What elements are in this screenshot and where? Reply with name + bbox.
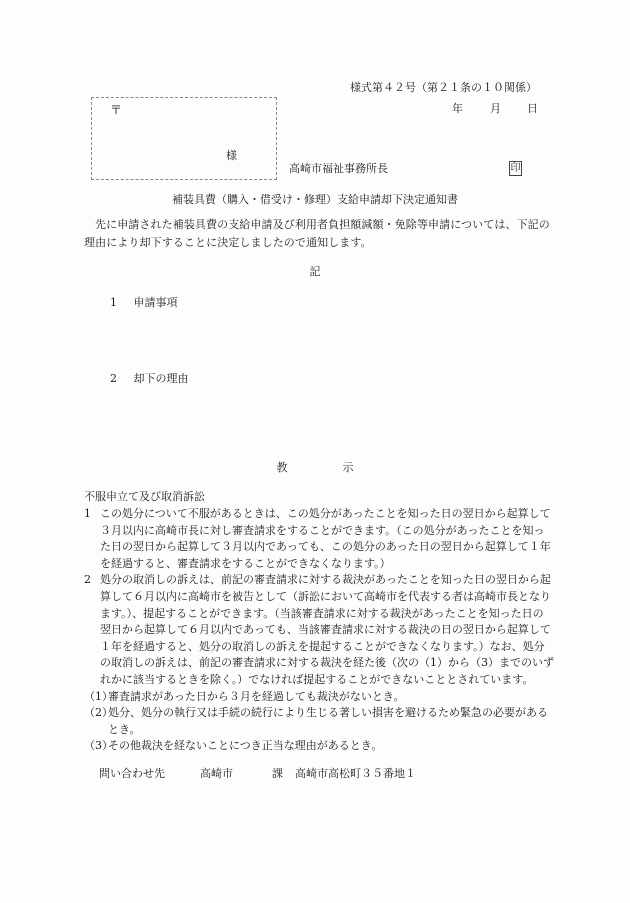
date-month-label: 月	[490, 103, 501, 114]
kyoji-part2: 示	[343, 461, 354, 474]
sub-entry-number: （2）	[84, 705, 113, 722]
contact-address: 高崎市高松町３５番地１	[295, 768, 416, 779]
sub-entry-number: （3）	[84, 738, 113, 755]
item-label: 却下の理由	[134, 372, 189, 385]
item-application: 1 申請事項	[110, 297, 178, 308]
appeal-entry: 2 処分の取消しの訴えは、前記の審査請求に対する裁決があったことを知った日の翌日…	[84, 572, 554, 688]
entry-number: 2	[84, 572, 91, 589]
postal-mark: 〒	[110, 104, 122, 116]
sub-entry-text: 審査請求があった日から３月を経過しても裁決がないとき。	[108, 690, 404, 703]
entry-text: この処分について不服があるときは、この処分があったことを知った日の翌日から起算し…	[100, 507, 551, 570]
appeal-heading: 不服申立て及び取消訴訟	[84, 491, 205, 502]
item-rejection-reason: 2 却下の理由	[110, 373, 189, 384]
sub-entry-text: 処分、処分の執行又は手続の続行により生じる著しい損害を避けるため緊急の必要がある…	[108, 706, 548, 736]
kyoji-part1: 教	[277, 461, 288, 474]
entry-text: 処分の取消しの訴えは、前記の審査請求に対する裁決があったことを知った日の翌日から…	[100, 573, 554, 686]
contact-city: 高崎市	[200, 768, 233, 779]
document-title: 補装具費（購入・借受け・修理）支給申請却下決定通知書	[0, 194, 630, 205]
item-label: 申請事項	[134, 296, 178, 309]
form-number: 様式第４２号（第２１条の１０関係）	[350, 82, 537, 93]
ki-heading: 記	[0, 266, 630, 277]
date-year-label: 年	[452, 103, 463, 114]
contact-section: 課	[272, 768, 283, 779]
appeal-sub-entry: （2） 処分、処分の執行又は手続の続行により生じる著しい損害を避けるため緊急の必…	[84, 705, 554, 738]
seal-stamp-box: 印	[509, 161, 522, 176]
date-day-label: 日	[527, 103, 538, 114]
appeal-entry: 1 この処分について不服があるときは、この処分があったことを知った日の翌日から起…	[84, 506, 554, 572]
sub-entry-number: （1）	[84, 689, 113, 706]
entry-number: 1	[84, 506, 91, 523]
sender-name: 高崎市福祉事務所長	[289, 163, 388, 174]
item-number: 2	[110, 373, 130, 384]
appeal-sub-entry: （1） 審査請求があった日から３月を経過しても裁決がないとき。	[84, 689, 554, 706]
sub-entry-text: その他裁決を経ないことにつき正当な理由があるとき。	[108, 739, 382, 752]
contact-label: 問い合わせ先	[99, 768, 165, 779]
kyoji-heading: 教示	[0, 462, 630, 473]
recipient-honorific: 様	[226, 150, 237, 161]
appeal-sub-entry: （3） その他裁決を経ないことにつき正当な理由があるとき。	[84, 738, 554, 755]
appeal-section: 1 この処分について不服があるときは、この処分があったことを知った日の翌日から起…	[84, 506, 554, 755]
item-number: 1	[110, 297, 130, 308]
intro-paragraph: 先に申請された補装具費の支給申請及び利用者負担額減額・免除等申請については、下記…	[84, 216, 552, 252]
